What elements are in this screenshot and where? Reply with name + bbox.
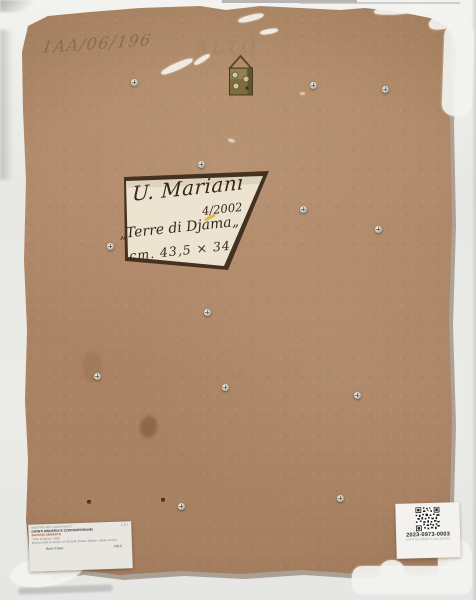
- screw: [300, 206, 307, 213]
- screw: [337, 495, 344, 502]
- screw: [310, 82, 317, 89]
- screw: [198, 161, 205, 168]
- screw: [178, 503, 185, 510]
- qr-code-icon: [415, 507, 440, 532]
- paint-fleck: [300, 92, 305, 95]
- screw: [222, 384, 229, 391]
- auction-base-value: 700 €: [114, 545, 122, 549]
- auction-house-label: MEETING ART CASA D'ASTE 1 di 1 DIPINTI M…: [28, 521, 133, 572]
- hanging-bracket: [222, 52, 260, 98]
- screw: [382, 86, 389, 93]
- screw: [204, 309, 211, 316]
- frame-shade: [0, 30, 13, 180]
- artist-label: U. Mariani 4/2002 „Terre di Djama„ cm. 4…: [114, 168, 272, 276]
- frame-edge-line: [300, 2, 460, 4]
- frame-shade: [0, 0, 34, 12]
- nail-hole: [161, 498, 165, 502]
- nail-hole: [87, 500, 91, 504]
- screw: [107, 243, 114, 250]
- artwork-verso-photo: 1AA/06/196 ALTO U. Mariani 4/2002 „Terre…: [0, 0, 476, 600]
- qr-sticker: 2023-0973-0003 CAPITOLIUMART CASA D'ASTE: [395, 502, 460, 559]
- qr-sub-text: CAPITOLIUMART CASA D'ASTE: [396, 537, 460, 542]
- paint-smudge: [380, 560, 404, 578]
- auction-base-label: Base d'asta: [46, 547, 63, 551]
- screw: [354, 392, 361, 399]
- screw: [131, 79, 138, 86]
- screw: [94, 373, 101, 380]
- screw: [375, 226, 382, 233]
- auction-page: 1 di 1: [121, 523, 128, 526]
- paint-smudge: [441, 24, 474, 117]
